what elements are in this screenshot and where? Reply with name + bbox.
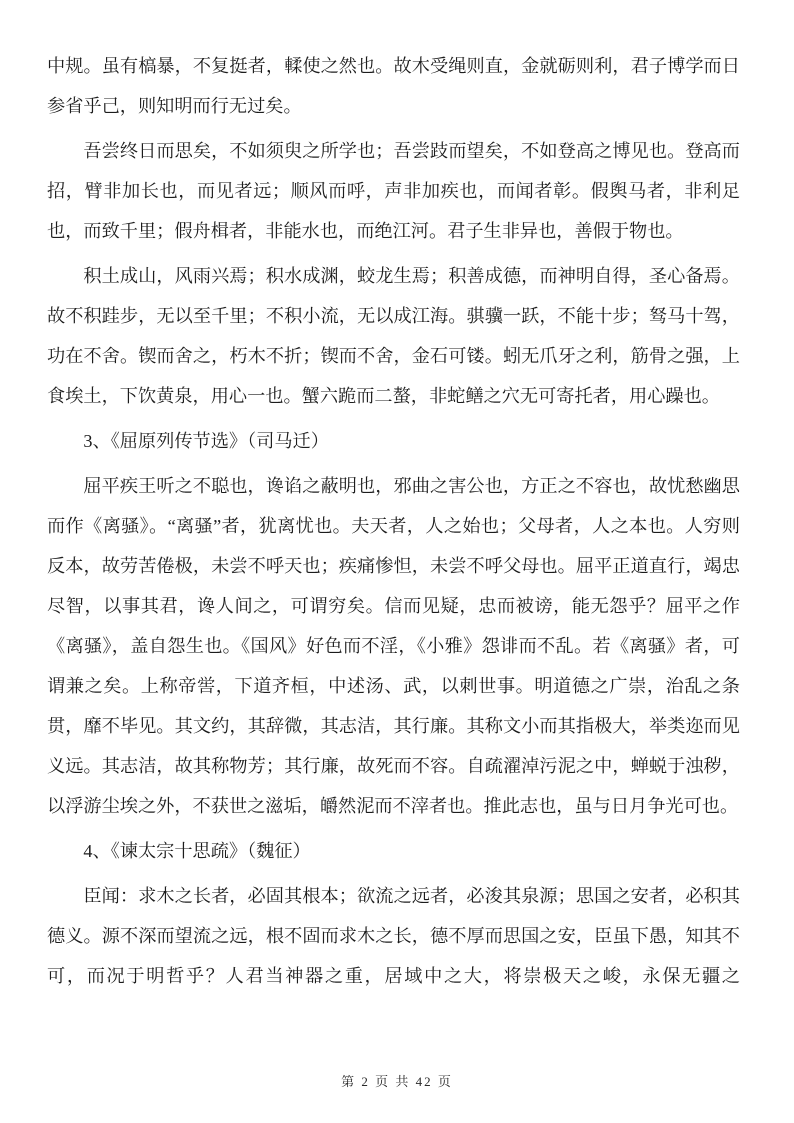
heading-quyuan-liezhuan: 3、《屈原列传节选》（司马迁） [47, 421, 740, 461]
paragraph-quanxue-continuation: 中规。虽有槁暴，不复挺者，輮使之然也。故木受绳则直，金就砺则利，君子博学而日参省… [47, 46, 740, 126]
document-content: 中规。虽有槁暴，不复挺者，輮使之然也。故木受绳则直，金就砺则利，君子博学而日参省… [47, 46, 740, 1001]
paragraph-quanxue-2: 吾尝终日而思矣，不如须臾之所学也；吾尝跂而望矣，不如登高之博见也。登高而招，臂非… [47, 131, 740, 251]
paragraph-quyuan-liezhuan-body: 屈平疾王听之不聪也，谗谄之蔽明也，邪曲之害公也，方正之不容也，故忧愁幽思而作《离… [47, 466, 740, 826]
heading-jian-taizong-shisi-shu: 4、《谏太宗十思疏》（魏征） [47, 831, 740, 871]
document-page: 中规。虽有槁暴，不复挺者，輮使之然也。故木受绳则直，金就砺则利，君子博学而日参省… [0, 0, 794, 1123]
page-footer: 第 2 页 共 42 页 [0, 1072, 794, 1092]
paragraph-jian-taizong-body: 臣闻：求木之长者，必固其根本；欲流之远者，必浚其泉源；思国之安者，必积其德义。源… [47, 876, 740, 996]
paragraph-quanxue-3: 积土成山，风雨兴焉；积水成渊，蛟龙生焉；积善成德，而神明自得，圣心备焉。故不积跬… [47, 256, 740, 416]
page-number-label: 第 2 页 共 42 页 [341, 1074, 453, 1089]
